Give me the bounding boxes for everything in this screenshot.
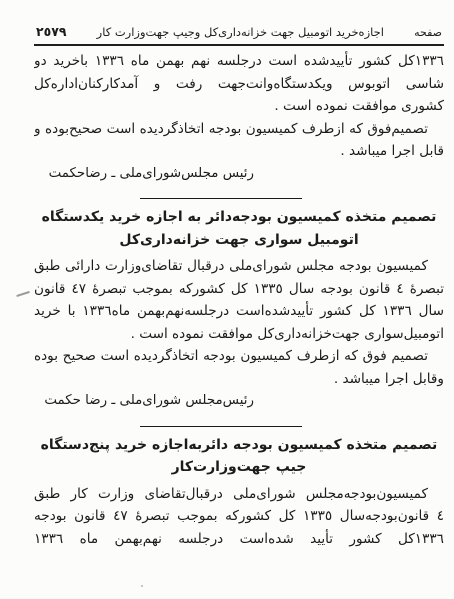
text-line: قابل اجرا میباشد . <box>34 140 444 163</box>
scan-speck <box>141 585 143 587</box>
text-line: تبصرهٔ ٤ قانون بودجه سال ١٣٣٥ کل کشورکه … <box>34 278 444 301</box>
text-line: سال ١٣٣٦ کل کشور تأییدشده‌است درجلسه‌نهم… <box>34 300 444 323</box>
decision-heading-1: تصمیم متخذه کمیسیون بودجه‌دائر به اجازه … <box>34 206 444 251</box>
decision-heading-2: تصمیم متخذه کمیسیون بودجه دائربه‌اجازه خ… <box>34 434 444 479</box>
text-line: شاسی اتوبوس ویکدستگاه‌وانت‌جهت رفت و آمد… <box>34 73 444 96</box>
text-line: تصمیم‌فوق که ازطرف کمیسیون بودجه اتخاذگر… <box>34 118 444 141</box>
text-line: اتومبیل‌سواری جهت‌خزانه‌داری‌کل موافقت ن… <box>34 323 444 346</box>
page-word-label: صفحه <box>414 26 442 39</box>
gazette-scanned-page: صفحه اجازه‌خرید اتومبیل جهت خزانه‌داری‌ک… <box>0 0 454 599</box>
section-decision-2: کمیسیون‌بودجه‌مجلس شورای‌ملی درقبال‌تقاض… <box>34 483 444 551</box>
signature-line: رئیس مجلس‌شورای‌ملی ـ رضاحکمت <box>34 163 444 186</box>
text-line: کمیسیون‌بودجه‌مجلس شورای‌ملی درقبال‌تقاض… <box>34 483 444 506</box>
text-line: تصمیم فوق که ازطرف کمیسیون بودجه اتخاذگر… <box>34 345 444 368</box>
section-divider <box>140 198 302 199</box>
page-header: صفحه اجازه‌خرید اتومبیل جهت خزانه‌داری‌ک… <box>34 24 444 39</box>
header-rule <box>34 44 444 46</box>
text-line: کمیسیون بودجه مجلس شورای‌ملی درقبال تقاض… <box>34 255 444 278</box>
handwritten-pen-mark <box>16 291 30 297</box>
heading-line: تصمیم متخذه کمیسیون بودجه‌دائر به اجازه … <box>34 206 444 229</box>
text-line: ١٣٣٦کل کشور تأیید شده‌است درجلسه نهم‌بهم… <box>34 528 444 551</box>
section-divider <box>140 426 302 427</box>
heading-line: تصمیم متخذه کمیسیون بودجه دائربه‌اجازه خ… <box>34 434 444 457</box>
heading-line: جیپ جهت‌وزارت‌کار <box>34 456 444 479</box>
text-line: وقابل اجرا میباشد . <box>34 368 444 391</box>
text-line: ١٣٣٦کل کشور تأییدشده است درجلسه نهم بهمن… <box>34 50 444 73</box>
text-line: ٤ قانون‌بودجه‌سال ١٣٣٥ کل کشورکه بموجب ت… <box>34 505 444 528</box>
section-continuation: ١٣٣٦کل کشور تأییدشده است درجلسه نهم بهمن… <box>34 50 444 185</box>
signature-line: رئیس‌مجلس شورای‌ملی ـ رضا حکمت <box>34 390 444 413</box>
page-number: ٢٥٧٩ <box>36 24 67 39</box>
heading-line: اتومبیل سواری جهت خزانه‌داری‌کل <box>34 229 444 252</box>
text-line: کشوری موافقت نموده است . <box>34 95 444 118</box>
running-title: اجازه‌خرید اتومبیل جهت خزانه‌داری‌کل وجی… <box>97 25 384 39</box>
section-decision-1: کمیسیون بودجه مجلس شورای‌ملی درقبال تقاض… <box>34 255 444 413</box>
